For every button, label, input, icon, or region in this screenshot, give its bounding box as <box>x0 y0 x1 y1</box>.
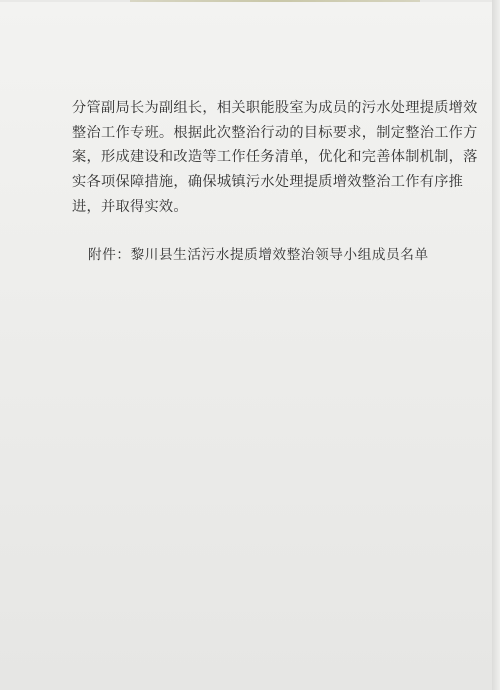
document-page: 分管副局长为副组长，相关职能股室为成员的污水处理提质增效 整治工作专班。根据此次… <box>0 2 492 690</box>
body-paragraph: 分管副局长为副组长，相关职能股室为成员的污水处理提质增效 整治工作专班。根据此次… <box>72 96 432 220</box>
paragraph-line: 整治工作专班。根据此次整治行动的目标要求，制定整治工作方 <box>72 121 432 146</box>
attachment-note: 附件：黎川县生活污水提质增效整治领导小组成员名单 <box>88 243 429 263</box>
paragraph-line: 案，形成建设和改造等工作任务清单，优化和完善体制机制，落 <box>72 145 432 170</box>
paragraph-line: 分管副局长为副组长，相关职能股室为成员的污水处理提质增效 <box>72 96 432 121</box>
attachment-title: 黎川县生活污水提质增效整治领导小组成员名单 <box>131 247 429 263</box>
attachment-label: 附件： <box>88 247 131 263</box>
page-edge <box>492 0 500 690</box>
paragraph-line: 进，并取得实效。 <box>72 195 432 220</box>
paragraph-line: 实各项保障措施，确保城镇污水处理提质增效整治工作有序推 <box>72 170 432 195</box>
